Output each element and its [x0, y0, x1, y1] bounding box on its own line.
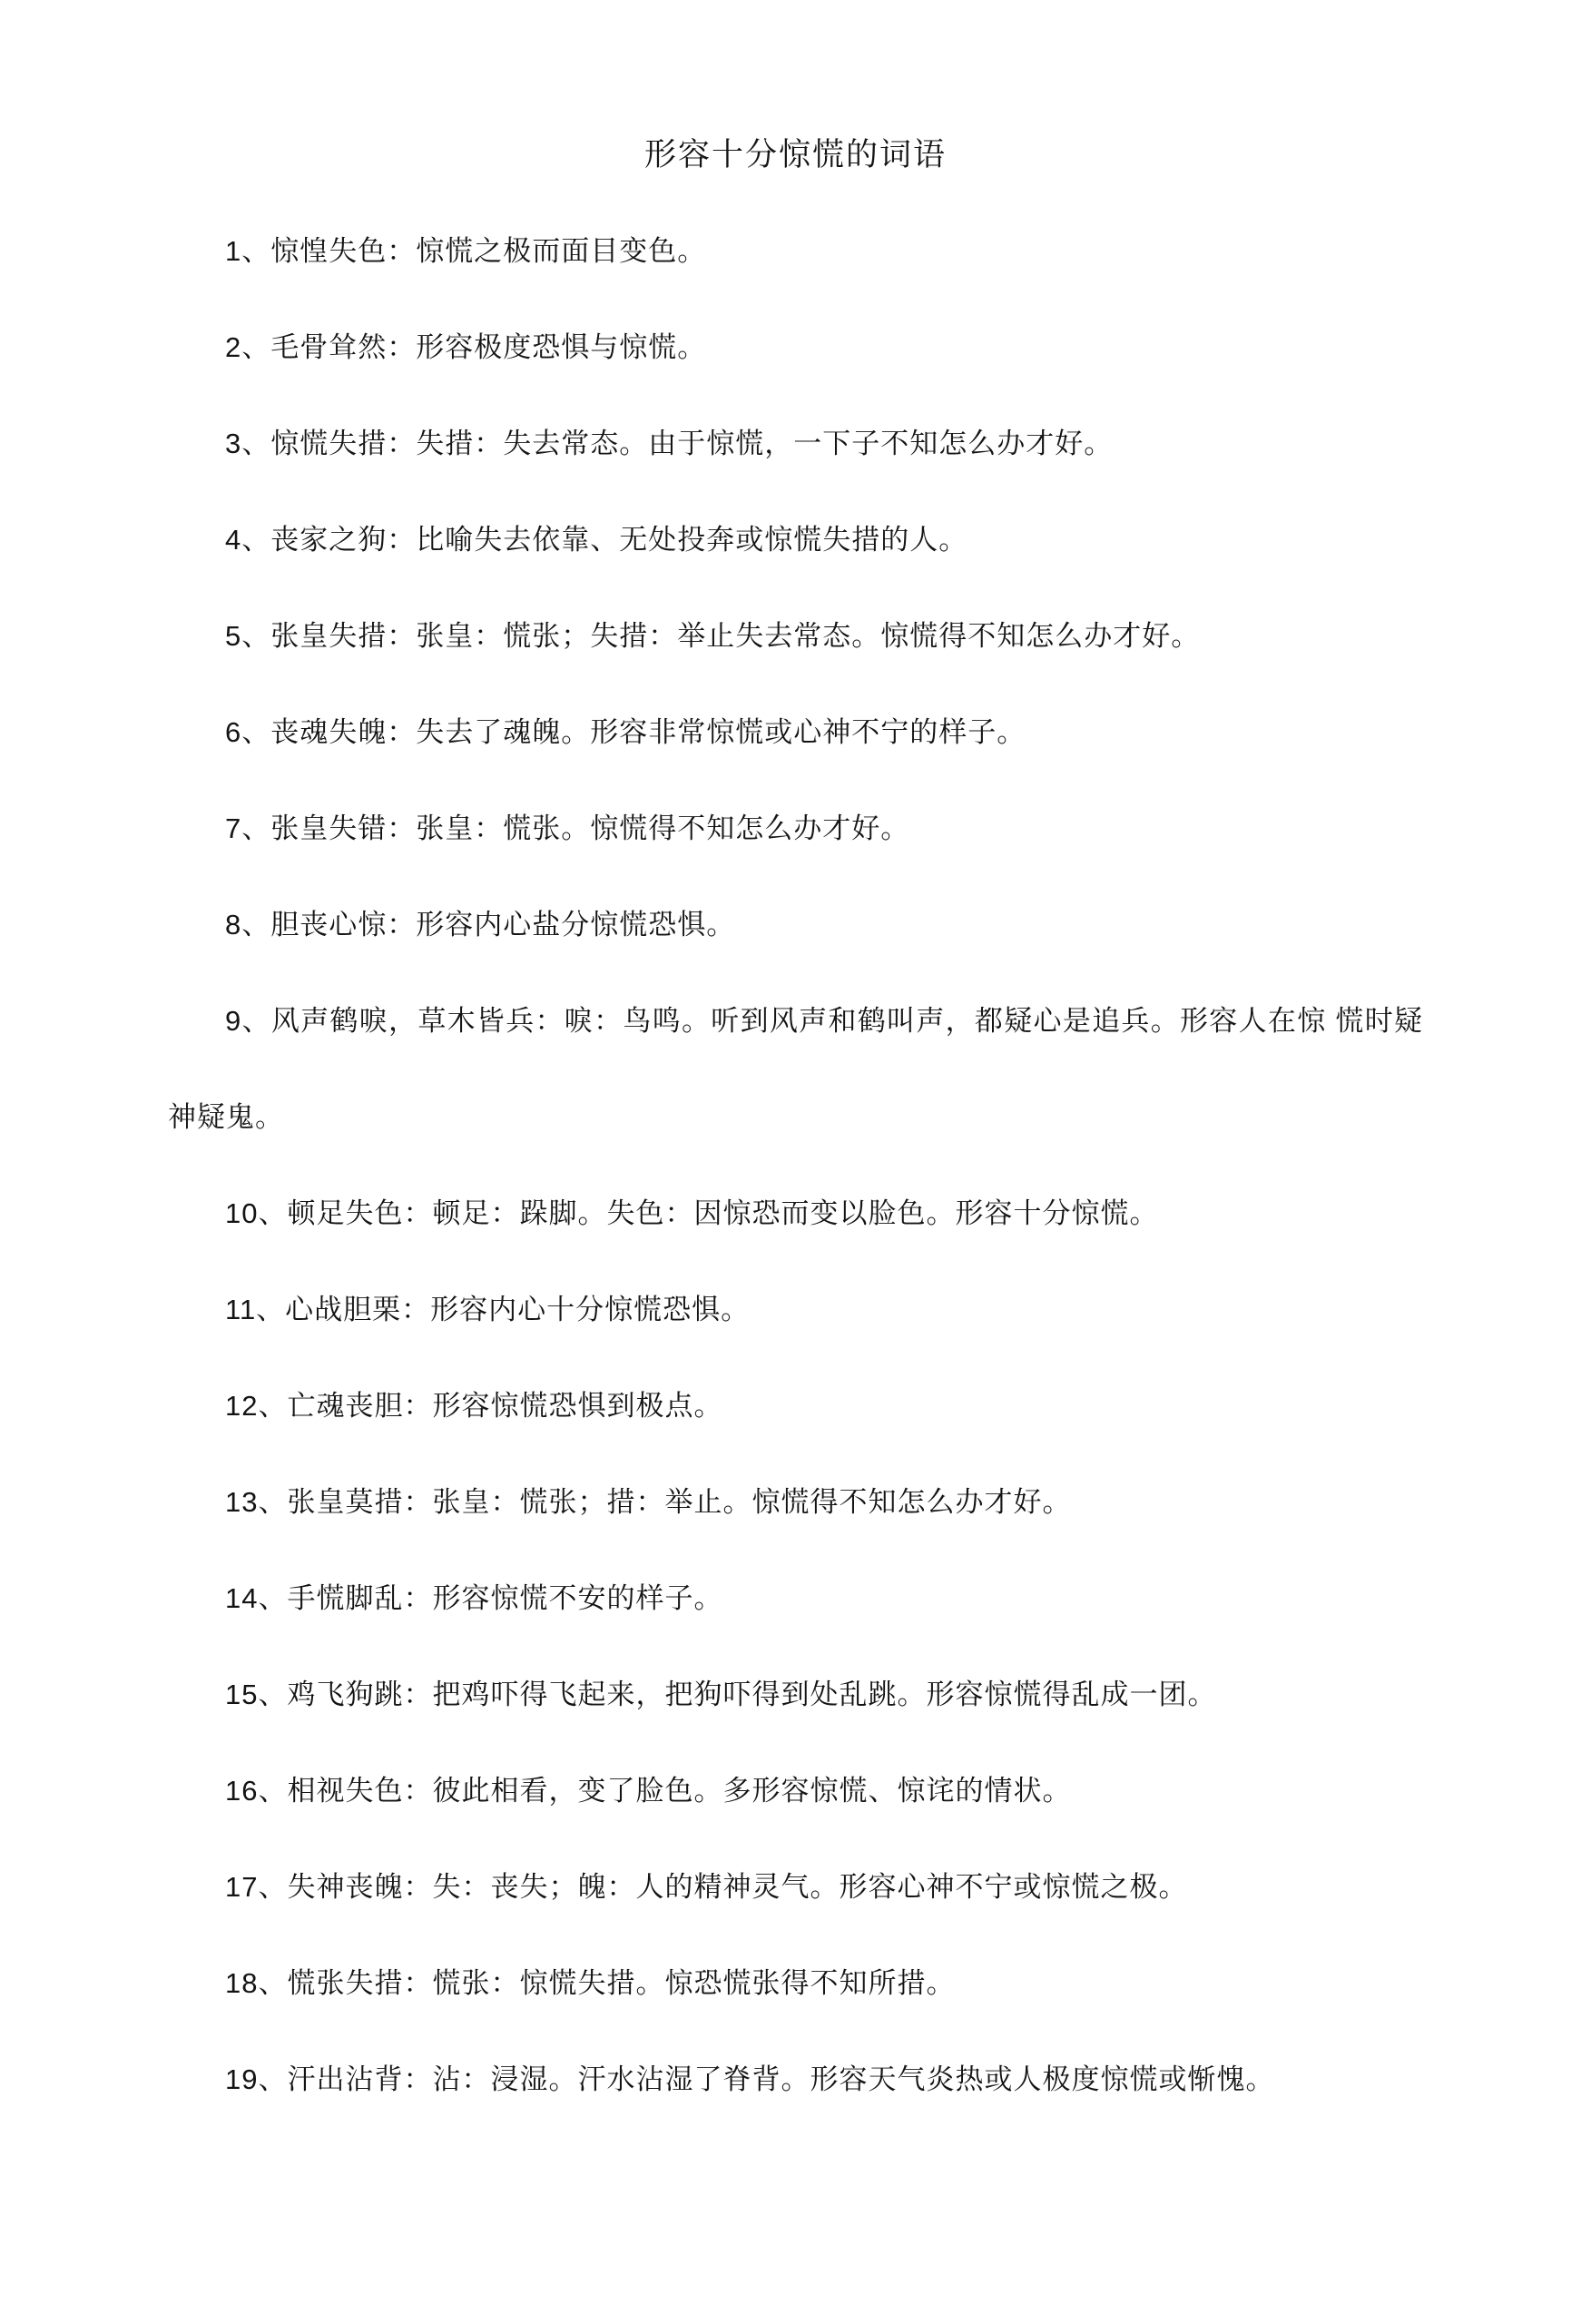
list-item: 2、毛骨耸然：形容极度恐惧与惊慌。 [168, 300, 1423, 396]
list-item: 17、失神丧魄：失：丧失；魄：人的精神灵气。形容心神不宁或惊慌之极。 [168, 1839, 1423, 1935]
page-title: 形容十分惊慌的词语 [168, 134, 1423, 176]
list-item: 11、心战胆栗：形容内心十分惊慌恐惧。 [168, 1262, 1423, 1358]
list-item: 18、慌张失措：慌张：惊慌失措。惊恐慌张得不知所措。 [168, 1935, 1423, 2032]
list-item: 10、顿足失色：顿足：跺脚。失色：因惊恐而变以脸色。形容十分惊慌。 [168, 1166, 1423, 1262]
list-item: 8、胆丧心惊：形容内心盐分惊慌恐惧。 [168, 877, 1423, 973]
list-item: 16、相视失色：彼此相看，变了脸色。多形容惊慌、惊诧的情状。 [168, 1743, 1423, 1839]
list-item: 19、汗出沾背：沾：浸湿。汗水沾湿了脊背。形容天气炎热或人极度惊慌或惭愧。 [168, 2032, 1423, 2128]
list-item: 3、惊慌失措：失措：失去常态。由于惊慌，一下子不知怎么办才好。 [168, 396, 1423, 492]
list-item: 7、张皇失错：张皇：慌张。惊慌得不知怎么办才好。 [168, 781, 1423, 877]
list-item: 9、风声鹤唳，草木皆兵：唳：鸟鸣。听到风声和鹤叫声，都疑心是追兵。形容人在惊 慌… [168, 973, 1423, 1166]
list-item: 6、丧魂失魄：失去了魂魄。形容非常惊慌或心神不宁的样子。 [168, 684, 1423, 781]
list-item: 13、张皇莫措：张皇：慌张；措：举止。惊慌得不知怎么办才好。 [168, 1454, 1423, 1551]
word-list: 1、惊惶失色：惊慌之极而面目变色。 2、毛骨耸然：形容极度恐惧与惊慌。 3、惊慌… [168, 203, 1423, 2128]
list-item: 4、丧家之狗：比喻失去依靠、无处投奔或惊慌失措的人。 [168, 492, 1423, 588]
list-item: 1、惊惶失色：惊慌之极而面目变色。 [168, 203, 1423, 300]
list-item: 14、手慌脚乱：形容惊慌不安的样子。 [168, 1551, 1423, 1647]
list-item: 5、张皇失措：张皇：慌张；失措：举止失去常态。惊慌得不知怎么办才好。 [168, 588, 1423, 684]
document-page: 形容十分惊慌的词语 1、惊惶失色：惊慌之极而面目变色。 2、毛骨耸然：形容极度恐… [0, 0, 1591, 2324]
list-item: 12、亡魂丧胆：形容惊慌恐惧到极点。 [168, 1358, 1423, 1454]
list-item: 15、鸡飞狗跳：把鸡吓得飞起来，把狗吓得到处乱跳。形容惊慌得乱成一团。 [168, 1647, 1423, 1743]
